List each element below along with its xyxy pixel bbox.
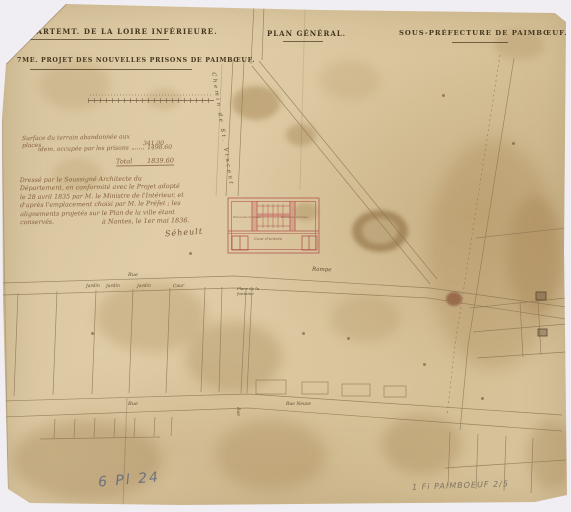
plan-courtyard-label: Cour d'entrée <box>254 236 282 241</box>
plan-drawing-svg <box>0 0 571 512</box>
rue-lower-label: Rue <box>128 401 138 407</box>
rue-neuve-label: Rue Neuve <box>286 402 311 407</box>
header-project: 7ME. PROJET DES NOUVELLES PRISONS DE PAI… <box>17 57 255 64</box>
plan-room-right-label: Préau des femmes <box>281 215 308 219</box>
rue-upper-label: Rue <box>128 272 138 278</box>
place-fontaine-label: Place de la fontaine <box>237 286 265 296</box>
survey-total-value: 1839.60 <box>147 156 174 164</box>
header-department: DÉPARTEMT. DE LA LOIRE INFÉRIEURE. <box>17 27 218 36</box>
paper-creases <box>2 4 305 506</box>
parcel-label-jardin-3: Jardin <box>137 284 151 289</box>
plan-room-left-label: Préau des hommes <box>233 215 261 219</box>
survey-line-2-value: 1498.60 <box>147 144 172 151</box>
dotted-leader <box>132 148 144 149</box>
header-department-rule <box>19 39 169 40</box>
header-plan-title: PLAN GÉNÉRAL. <box>267 29 346 38</box>
small-buildings <box>536 292 547 336</box>
prison-plan-group <box>228 198 319 253</box>
survey-total-label: Total <box>116 157 132 165</box>
aged-paper-sheet: DÉPARTEMT. DE LA LOIRE INFÉRIEURE. PLAN … <box>0 0 571 512</box>
scanned-archival-plan: { "header": { "department": "DÉPARTEMT. … <box>0 0 571 512</box>
header-prefecture-rule <box>452 42 508 43</box>
scale-bar <box>88 95 214 101</box>
parcel-label-cour: Cour <box>173 284 184 289</box>
parcel-label-jardin-1: Jardin <box>86 284 100 289</box>
parcel-label-jardin-2: Jardin <box>106 284 120 289</box>
header-prefecture: SOUS-PRÉFECTURE DE PAIMBŒUF. <box>399 29 568 37</box>
survey-total: Total 1839.60 <box>116 156 174 166</box>
rampe-label: Rampe <box>312 267 332 274</box>
rue-cross-label: Rue <box>235 407 240 416</box>
header-project-rule <box>30 69 192 70</box>
header-plan-title-rule <box>283 41 323 42</box>
memo-place-date: à Nantes, le 1er mai 1836. <box>102 216 190 226</box>
